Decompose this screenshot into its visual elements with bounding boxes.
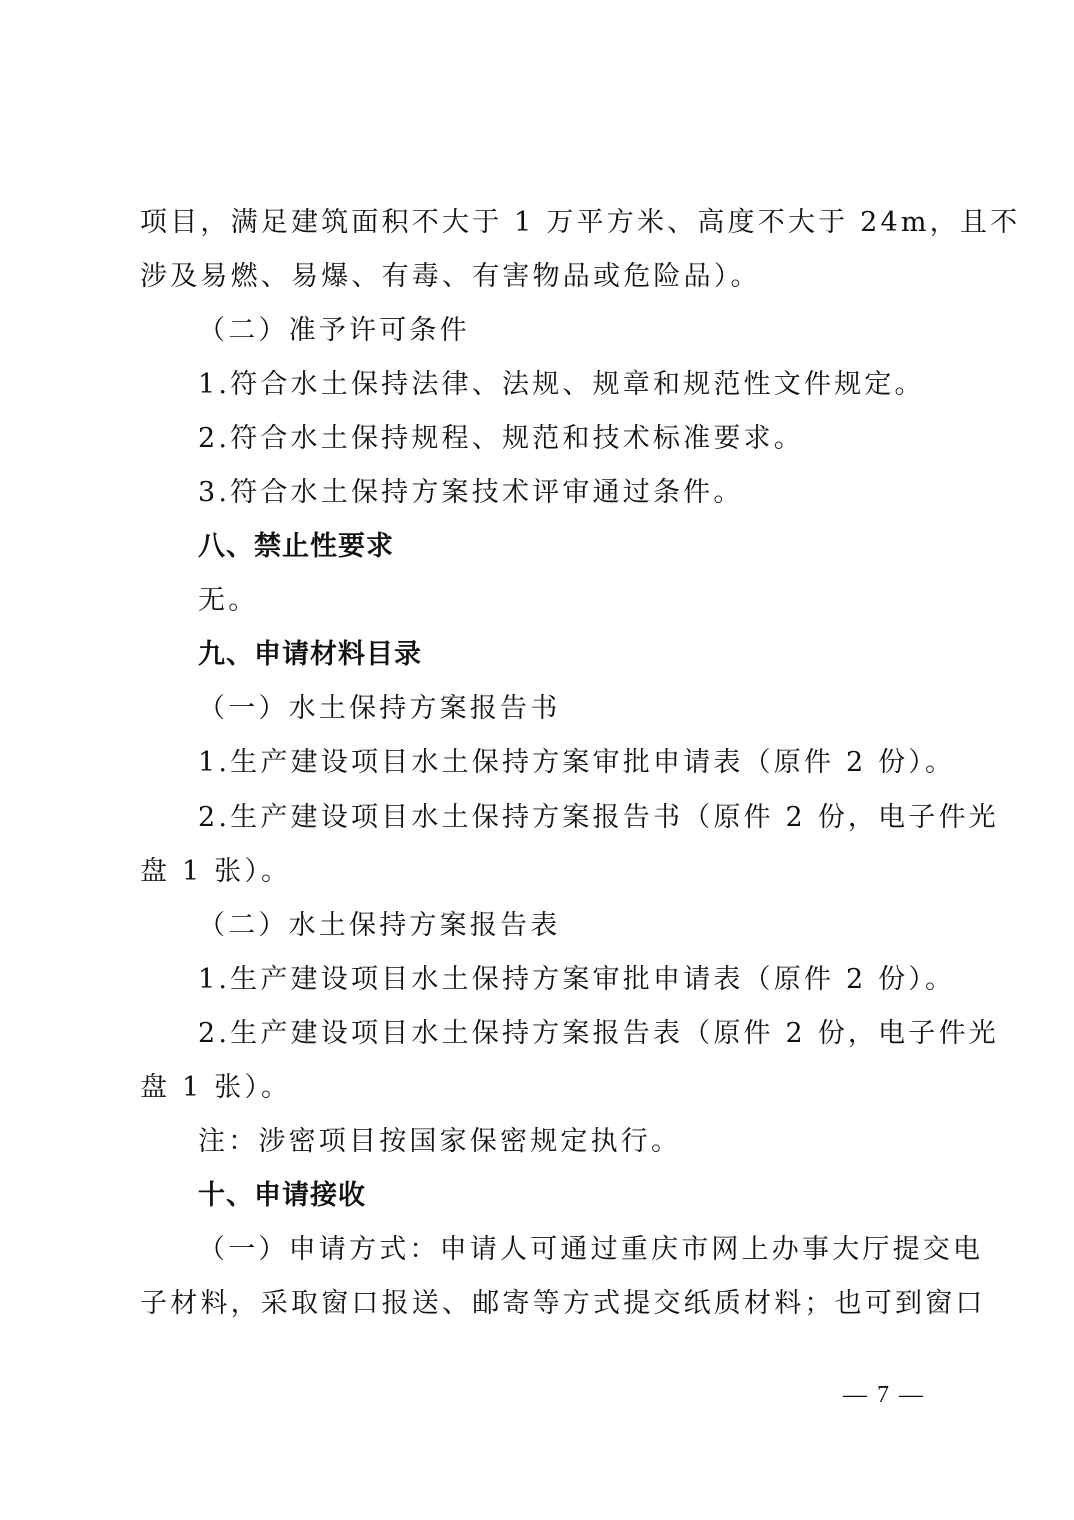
list-item: 1.符合水土保持法律、法规、规章和规范性文件规定。: [198, 367, 940, 403]
paragraph-line: （一）申请方式：申请人可通过重庆市网上办事大厅提交电: [198, 1232, 940, 1268]
paragraph-line: 无。: [198, 583, 940, 619]
section-heading: 八、禁止性要求: [198, 529, 940, 565]
paragraph-line: 项目，满足建筑面积不大于 1 万平方米、高度不大于 24m，且不: [140, 205, 940, 241]
document-page: 项目，满足建筑面积不大于 1 万平方米、高度不大于 24m，且不 涉及易燃、易爆…: [0, 0, 1074, 1520]
paragraph-line: 子材料，采取窗口报送、邮寄等方式提交纸质材料；也可到窗口: [140, 1286, 940, 1322]
list-item: 1.生产建设项目水土保持方案审批申请表（原件 2 份）。: [198, 962, 940, 998]
section-heading: 十、申请接收: [198, 1178, 940, 1214]
subsection-heading: （一）水土保持方案报告书: [198, 691, 940, 727]
list-item: 1.生产建设项目水土保持方案审批申请表（原件 2 份）。: [198, 745, 940, 781]
section-heading: 九、申请材料目录: [198, 637, 940, 673]
note: 注：涉密项目按国家保密规定执行。: [198, 1124, 940, 1160]
list-item-continuation: 盘 1 张）。: [140, 854, 940, 890]
paragraph-line: 涉及易燃、易爆、有毒、有害物品或危险品）。: [140, 259, 940, 295]
page-number: — 7 —: [843, 1380, 925, 1410]
subsection-heading: （二）水土保持方案报告表: [198, 908, 940, 944]
list-item: 3.符合水土保持方案技术评审通过条件。: [198, 475, 940, 511]
list-item-continuation: 盘 1 张）。: [140, 1070, 940, 1106]
subsection-heading: （二）准予许可条件: [198, 313, 940, 349]
list-item: 2.生产建设项目水土保持方案报告书（原件 2 份，电子件光: [198, 800, 940, 836]
list-item: 2.生产建设项目水土保持方案报告表（原件 2 份，电子件光: [198, 1016, 940, 1052]
list-item: 2.符合水土保持规程、规范和技术标准要求。: [198, 421, 940, 457]
